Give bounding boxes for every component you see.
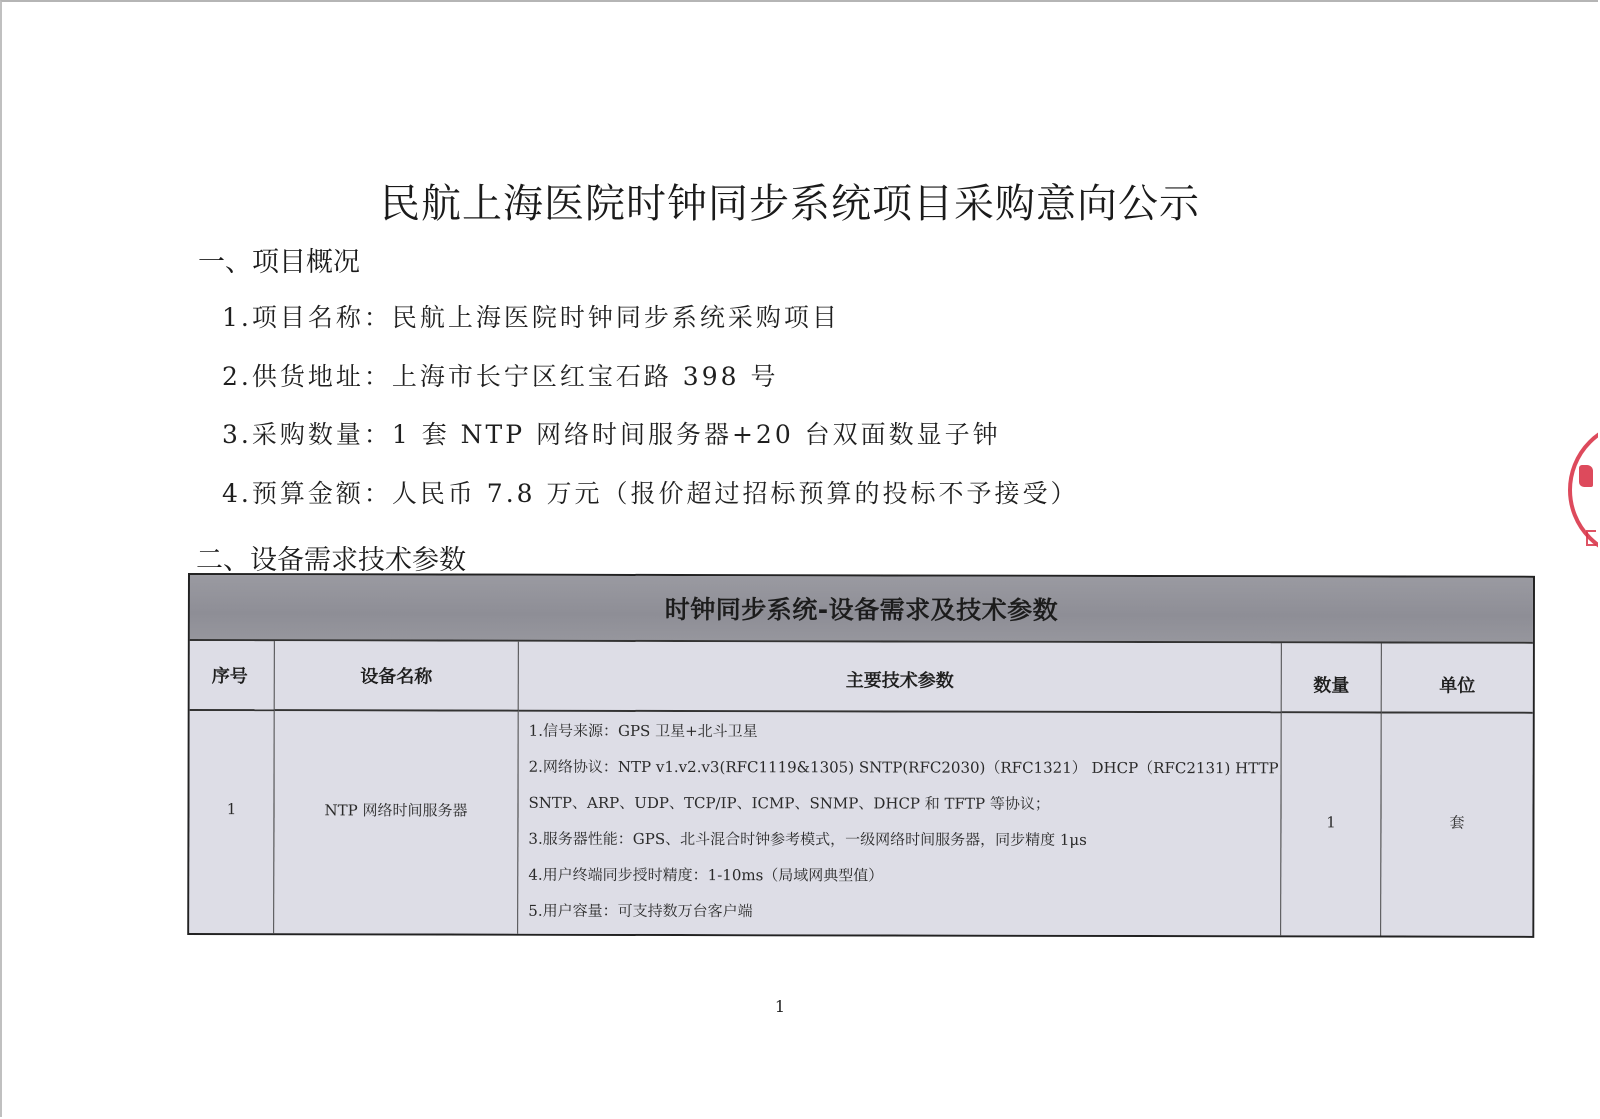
info-value: 上海市长宁区红宝石路 398 号	[392, 362, 779, 391]
info-item-project-name: 1.项目名称：民航上海医院时钟同步系统采购项目	[222, 298, 840, 334]
header-quantity: 数量	[1282, 643, 1382, 713]
info-label: 4.预算金额：	[222, 479, 392, 508]
spec-table: 时钟同步系统-设备需求及技术参数 序号 设备名称 主要技术参数 数量 单位 1 …	[187, 573, 1535, 938]
cell-quantity: 1	[1281, 713, 1381, 935]
info-item-delivery-address: 2.供货地址：上海市长宁区红宝石路 398 号	[222, 357, 778, 393]
info-value: 民航上海医院时钟同步系统采购项目	[392, 303, 840, 332]
param-line: 1.信号来源：GPS 卫星+北斗卫星	[529, 718, 758, 754]
header-seq: 序号	[190, 641, 275, 711]
document-title: 民航上海医院时钟同步系统项目采购意向公示	[370, 172, 1210, 229]
official-seal	[1540, 400, 1598, 580]
param-line: 2.网络协议：NTP v1.v2.v3(RFC1119&1305) SNTP(R…	[529, 754, 1335, 792]
info-item-budget: 4.预算金额：人民币 7.8 万元（报价超过招标预算的投标不予接受）	[222, 474, 1079, 510]
table-caption: 时钟同步系统-设备需求及技术参数	[190, 575, 1533, 644]
param-line: SNTP、ARP、UDP、TCP/IP、ICMP、SNMP、DHCP 和 TFT…	[528, 790, 1049, 827]
info-label: 1.项目名称：	[222, 303, 392, 332]
info-item-quantity: 3.采购数量：1 套 NTP 网络时间服务器+20 台双面数显子钟	[222, 415, 1001, 451]
section-heading-overview: 一、项目概况	[198, 240, 360, 279]
cell-device-name: NTP 网络时间服务器	[274, 711, 518, 934]
header-device-name: 设备名称	[275, 641, 519, 712]
seal-glyph-icon	[1579, 465, 1593, 487]
header-params: 主要技术参数	[519, 642, 1282, 714]
seal-glyph-icon	[1586, 530, 1596, 546]
cell-unit: 套	[1381, 714, 1532, 936]
header-unit: 单位	[1382, 644, 1533, 714]
param-line: 3.服务器性能：GPS、北斗混合时钟参考模式，一级网络时间服务器，同步精度 1μ…	[528, 826, 1087, 863]
info-label: 3.采购数量：	[222, 420, 392, 449]
cell-seq: 1	[189, 711, 274, 933]
info-value: 人民币 7.8 万元（报价超过招标预算的投标不予接受）	[392, 479, 1079, 508]
section-heading-specs: 二、设备需求技术参数	[196, 538, 466, 577]
info-value: 1 套 NTP 网络时间服务器+20 台双面数显子钟	[392, 420, 1001, 449]
cell-params: 1.信号来源：GPS 卫星+北斗卫星 2.网络协议：NTP v1.v2.v3(R…	[518, 712, 1281, 936]
page-number: 1	[770, 997, 790, 1016]
info-label: 2.供货地址：	[222, 362, 392, 391]
param-line: 4.用户终端同步授时精度：1-10ms（局域网典型值）	[528, 862, 883, 899]
param-line: 5.用户容量：可支持数万台客户端	[528, 898, 752, 934]
